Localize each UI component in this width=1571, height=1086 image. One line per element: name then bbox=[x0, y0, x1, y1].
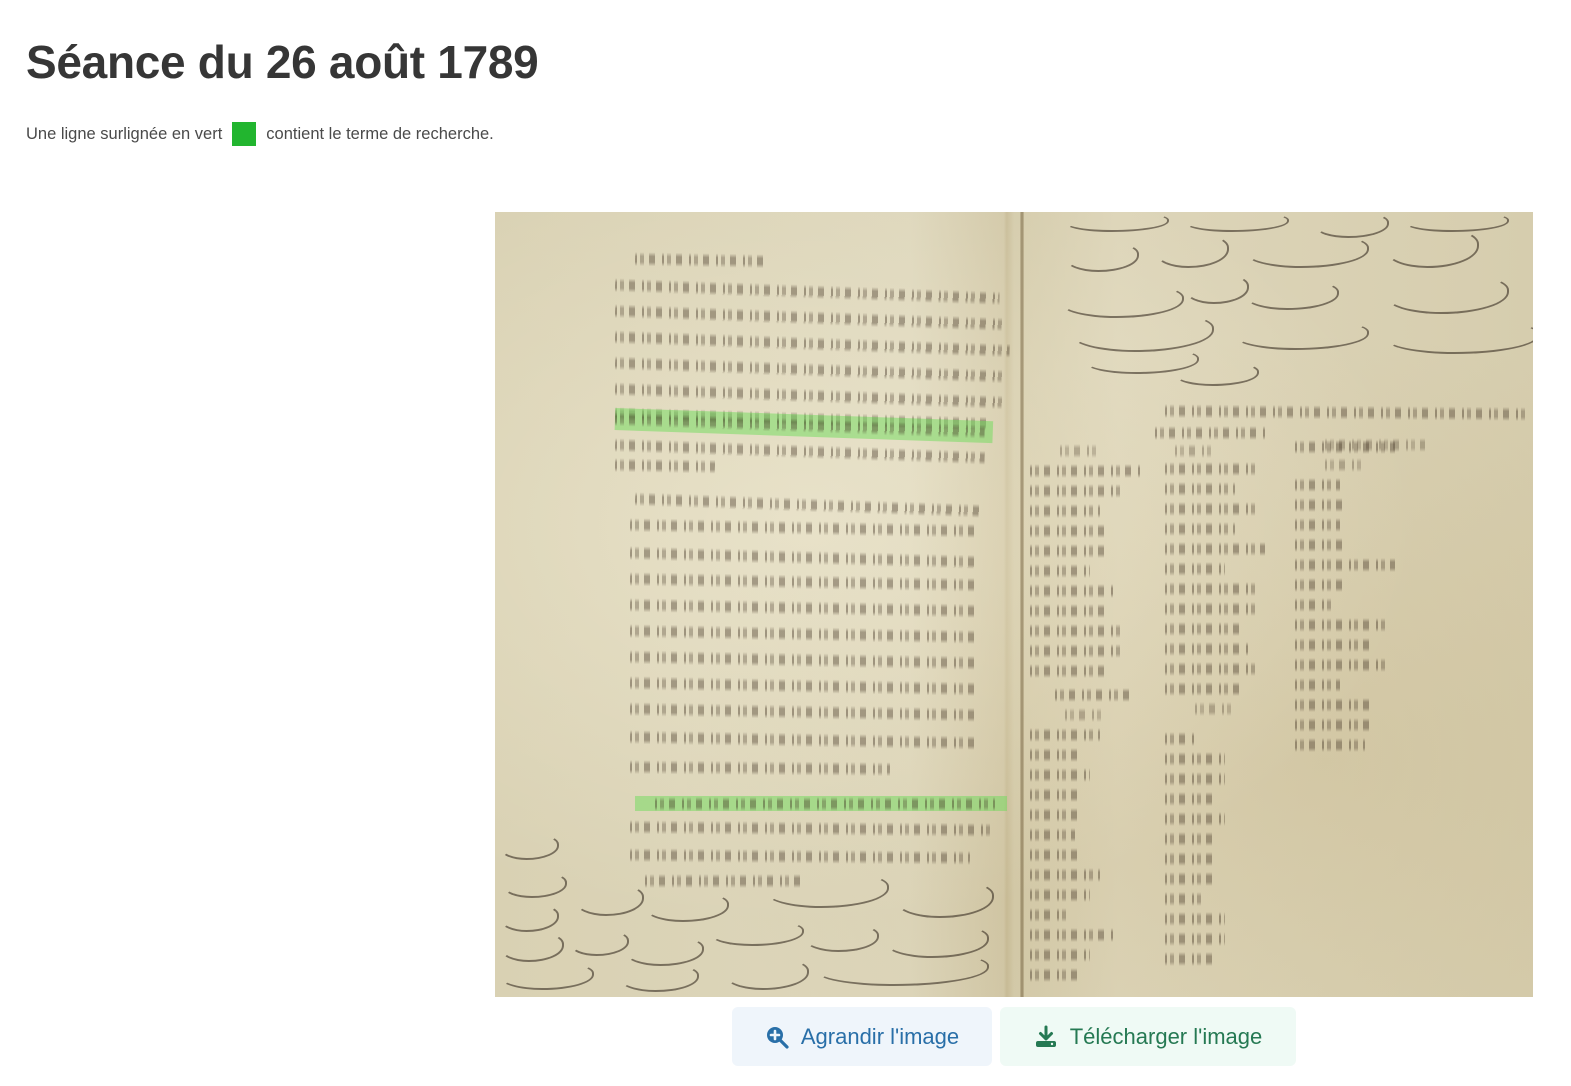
manuscript-image[interactable] bbox=[495, 212, 1533, 997]
magnify-plus-icon bbox=[765, 1025, 789, 1049]
page-title: Séance du 26 août 1789 bbox=[26, 32, 538, 92]
manuscript-left-page bbox=[495, 212, 1020, 997]
download-image-label: Télécharger l'image bbox=[1070, 1024, 1263, 1050]
image-actions: Agrandir l'image Télécharger l'image bbox=[732, 1007, 1296, 1066]
manuscript-right-page bbox=[1025, 212, 1533, 997]
enlarge-image-label: Agrandir l'image bbox=[801, 1024, 959, 1050]
legend-text-before: Une ligne surlignée en vert bbox=[26, 122, 222, 146]
enlarge-image-button[interactable]: Agrandir l'image bbox=[732, 1007, 992, 1066]
green-swatch-icon bbox=[232, 122, 256, 146]
legend-text-after: contient le terme de recherche. bbox=[266, 122, 493, 146]
highlight-legend: Une ligne surlignée en vert contient le … bbox=[26, 122, 494, 146]
download-image-button[interactable]: Télécharger l'image bbox=[1000, 1007, 1296, 1066]
download-icon bbox=[1034, 1025, 1058, 1049]
book-spine bbox=[1020, 212, 1024, 997]
